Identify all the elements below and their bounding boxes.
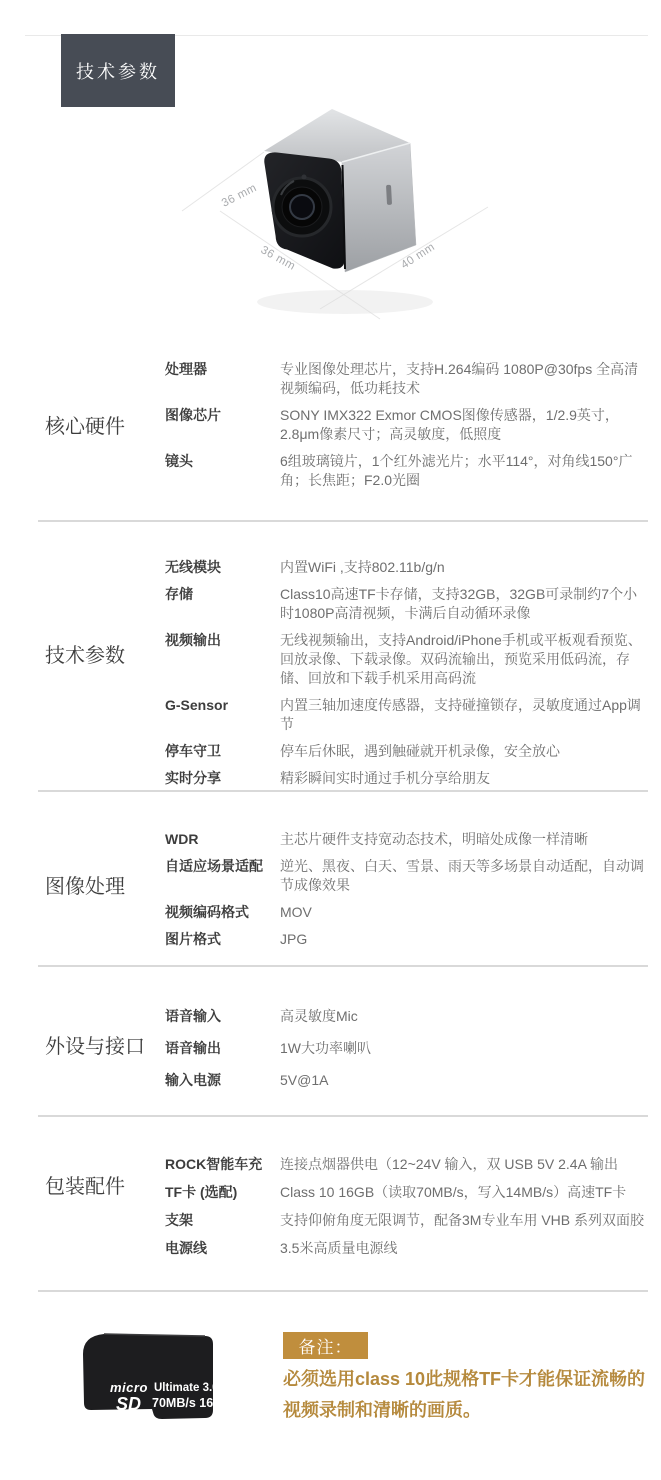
spec-value: 5V@1A — [280, 1071, 646, 1090]
table-row: 处理器 专业图像处理芯片，支持H.264编码 1080P@30fps 全高清视频… — [165, 360, 646, 398]
dimension-label-height: 36 mm — [220, 182, 259, 210]
table-row: 图像芯片 SONY IMX322 Exmor CMOS图像传感器，1/2.9英寸… — [165, 406, 646, 444]
section-image-processing: 图像处理 WDR 主芯片硬件支持宽动态技术，明暗处成像一样清晰 自适应场景适配 … — [38, 790, 648, 965]
table-row: ROCK智能车充 连接点烟器供电（12~24V 输入，双 USB 5V 2.4A… — [165, 1155, 646, 1174]
table-row: 输入电源 5V@1A — [165, 1071, 646, 1090]
tf-slot — [386, 185, 392, 205]
spec-value: Class 10 16GB（读取70MB/s，写入14MB/s）高速TF卡 — [280, 1183, 646, 1202]
table-row: 支架 支持仰俯角度无限调节，配备3M专业车用 VHB 系列双面胶 — [165, 1211, 646, 1230]
spec-label: G-Sensor — [165, 696, 280, 734]
sd-logo-sd: SD — [116, 1394, 141, 1414]
sd-logo-micro: micro — [110, 1380, 148, 1395]
spec-label: 语音输出 — [165, 1039, 280, 1058]
spec-value: 1W大功率喇叭 — [280, 1039, 646, 1058]
table-row: WDR 主芯片硬件支持宽动态技术，明暗处成像一样清晰 — [165, 830, 646, 849]
cube-right-face — [342, 143, 416, 272]
spec-rows: WDR 主芯片硬件支持宽动态技术，明暗处成像一样清晰 自适应场景适配 逆光、黑夜… — [165, 830, 646, 957]
page-title: 技术参数 — [61, 34, 175, 107]
section-heading: 核心硬件 — [45, 410, 125, 439]
note-text: 必须选用class 10此规格TF卡才能保证流畅的视频录制和清晰的画质。 — [283, 1364, 655, 1426]
table-row: 语音输出 1W大功率喇叭 — [165, 1039, 646, 1058]
mic-hole — [302, 175, 307, 180]
note-badge: 备注： — [283, 1332, 368, 1359]
spec-value: 无线视频输出，支持Android/iPhone手机或平板观看预览、回放录像、下载… — [280, 631, 646, 688]
table-row: 镜头 6组玻璃镜片，1个红外滤光片；水平114°，对角线150°广角；长焦距；F… — [165, 452, 646, 490]
spec-rows: 语音输入 高灵敏度Mic 语音输出 1W大功率喇叭 输入电源 5V@1A — [165, 1007, 646, 1103]
spec-value: 专业图像处理芯片，支持H.264编码 1080P@30fps 全高清视频编码，低… — [280, 360, 646, 398]
section-heading: 外设与接口 — [45, 1030, 145, 1059]
table-row: 停车守卫 停车后休眠，遇到触碰就开机录像，安全放心 — [165, 742, 646, 761]
section-peripherals: 外设与接口 语音输入 高灵敏度Mic 语音输出 1W大功率喇叭 输入电源 5V@… — [38, 965, 648, 1115]
tf-card-image: micro SD Ultimate 3.0 70MB/s 16GB — [80, 1332, 218, 1426]
spec-value: SONY IMX322 Exmor CMOS图像传感器，1/2.9英寸，2.8μ… — [280, 406, 646, 444]
spec-label: 图片格式 — [165, 930, 280, 949]
section-heading: 技术参数 — [45, 639, 125, 668]
spec-label: 停车守卫 — [165, 742, 280, 761]
bottom-divider — [38, 1290, 648, 1292]
spec-value: 内置三轴加速度传感器，支持碰撞锁存，灵敏度通过App调节 — [280, 696, 646, 734]
section-package-accessories: 包装配件 ROCK智能车充 连接点烟器供电（12~24V 输入，双 USB 5V… — [38, 1115, 648, 1290]
spec-label: 无线模块 — [165, 558, 280, 577]
spec-value: 逆光、黑夜、白天、雪景、雨天等多场景自动适配，自动调节成像效果 — [280, 857, 646, 895]
sd-card-model: Ultimate 3.0 — [154, 1382, 218, 1394]
spec-value: 支持仰俯角度无限调节，配备3M专业车用 VHB 系列双面胶 — [280, 1211, 646, 1230]
spec-value: 内置WiFi ,支持802.11b/g/n — [280, 558, 646, 577]
table-row: 无线模块 内置WiFi ,支持802.11b/g/n — [165, 558, 646, 577]
spec-rows: ROCK智能车充 连接点烟器供电（12~24V 输入，双 USB 5V 2.4A… — [165, 1155, 646, 1267]
spec-label: 存储 — [165, 585, 280, 623]
spec-label: 处理器 — [165, 360, 280, 398]
spec-value: JPG — [280, 930, 646, 949]
table-row: 存储 Class10高速TF卡存储，支持32GB，32GB可录制约7个小时108… — [165, 585, 646, 623]
spec-value: 主芯片硬件支持宽动态技术，明暗处成像一样清晰 — [280, 830, 646, 849]
section-technical-parameters: 技术参数 无线模块 内置WiFi ,支持802.11b/g/n 存储 Class… — [38, 520, 648, 790]
product-image: 36 mm 36 mm 40 mm — [180, 95, 500, 335]
spec-value: 高灵敏度Mic — [280, 1007, 646, 1026]
table-row: G-Sensor 内置三轴加速度传感器，支持碰撞锁存，灵敏度通过App调节 — [165, 696, 646, 734]
spec-label: 图像芯片 — [165, 406, 280, 444]
table-row: 实时分享 精彩瞬间实时通过手机分享给朋友 — [165, 769, 646, 788]
camera-lens-pupil — [290, 195, 314, 219]
spec-label: 输入电源 — [165, 1071, 280, 1090]
sd-card-spec: 70MB/s 16GB — [152, 1396, 218, 1410]
spec-page: 技术参数 — [0, 0, 661, 1480]
table-row: TF卡 (选配) Class 10 16GB（读取70MB/s，写入14MB/s… — [165, 1183, 646, 1202]
spec-value: 精彩瞬间实时通过手机分享给朋友 — [280, 769, 646, 788]
micro-sd-card-illustration: micro SD Ultimate 3.0 70MB/s 16GB — [80, 1332, 218, 1426]
spec-value: MOV — [280, 903, 646, 922]
spec-label: 镜头 — [165, 452, 280, 490]
table-row: 自适应场景适配 逆光、黑夜、白天、雪景、雨天等多场景自动适配，自动调节成像效果 — [165, 857, 646, 895]
section-heading: 包装配件 — [45, 1170, 125, 1199]
spec-rows: 处理器 专业图像处理芯片，支持H.264编码 1080P@30fps 全高清视频… — [165, 360, 646, 498]
spec-label: TF卡 (选配) — [165, 1183, 280, 1202]
table-row: 语音输入 高灵敏度Mic — [165, 1007, 646, 1026]
spec-value: Class10高速TF卡存储，支持32GB，32GB可录制约7个小时1080P高… — [280, 585, 646, 623]
table-row: 电源线 3.5米高质量电源线 — [165, 1239, 646, 1258]
spec-label: 支架 — [165, 1211, 280, 1230]
spec-label: WDR — [165, 830, 280, 849]
spec-value: 连接点烟器供电（12~24V 输入，双 USB 5V 2.4A 输出 — [280, 1155, 646, 1174]
spec-value: 停车后休眠，遇到触碰就开机录像，安全放心 — [280, 742, 646, 761]
table-row: 视频输出 无线视频输出，支持Android/iPhone手机或平板观看预览、回放… — [165, 631, 646, 688]
cube-camera-illustration: 36 mm 36 mm 40 mm — [180, 95, 500, 335]
table-row: 图片格式 JPG — [165, 930, 646, 949]
spec-label: 自适应场景适配 — [165, 857, 280, 895]
spec-label: ROCK智能车充 — [165, 1155, 280, 1174]
section-core-hardware: 核心硬件 处理器 专业图像处理芯片，支持H.264编码 1080P@30fps … — [38, 326, 648, 520]
section-heading: 图像处理 — [45, 870, 125, 899]
spec-label: 视频输出 — [165, 631, 280, 688]
spec-rows: 无线模块 内置WiFi ,支持802.11b/g/n 存储 Class10高速T… — [165, 558, 646, 796]
spec-label: 实时分享 — [165, 769, 280, 788]
spec-label: 语音输入 — [165, 1007, 280, 1026]
table-row: 视频编码格式 MOV — [165, 903, 646, 922]
spec-label: 电源线 — [165, 1239, 280, 1258]
spec-label: 视频编码格式 — [165, 903, 280, 922]
spec-value: 6组玻璃镜片，1个红外滤光片；水平114°，对角线150°广角；长焦距；F2.0… — [280, 452, 646, 490]
spec-value: 3.5米高质量电源线 — [280, 1239, 646, 1258]
